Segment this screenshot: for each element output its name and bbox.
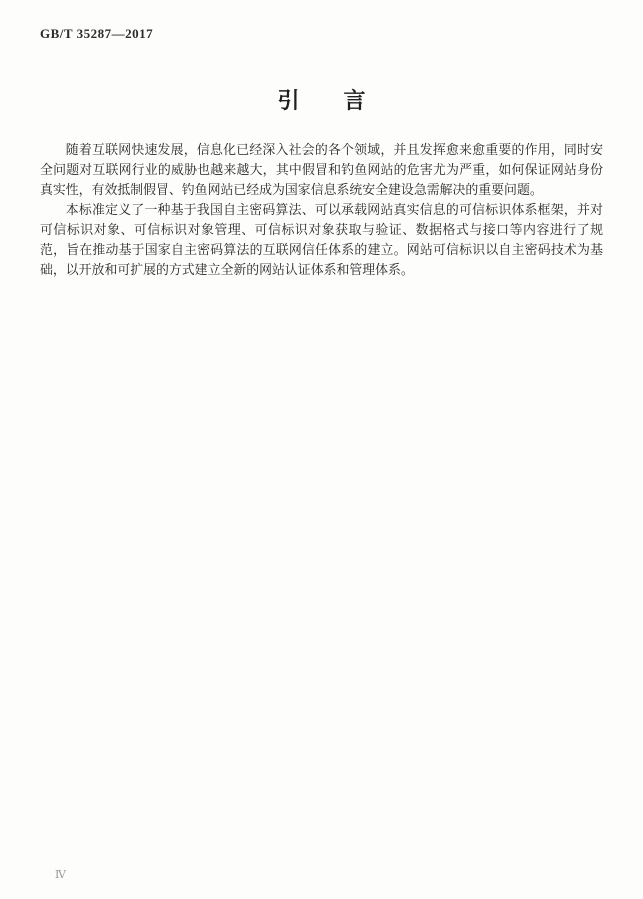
document-page: GB/T 35287—2017 引 言 随着互联网快速发展，信息化已经深入社会的… <box>0 0 643 899</box>
paragraph: 本标准定义了一种基于我国自主密码算法、可以承载网站真实信息的可信标识体系框架，并… <box>40 200 603 280</box>
body-text: 随着互联网快速发展，信息化已经深入社会的各个领域，并且发挥愈来愈重要的作用，同时… <box>40 140 603 280</box>
page-number: Ⅳ <box>55 868 66 881</box>
standard-number: GB/T 35287—2017 <box>40 26 153 42</box>
paragraph: 随着互联网快速发展，信息化已经深入社会的各个领域，并且发挥愈来愈重要的作用，同时… <box>40 140 603 200</box>
page-title: 引 言 <box>0 84 643 115</box>
